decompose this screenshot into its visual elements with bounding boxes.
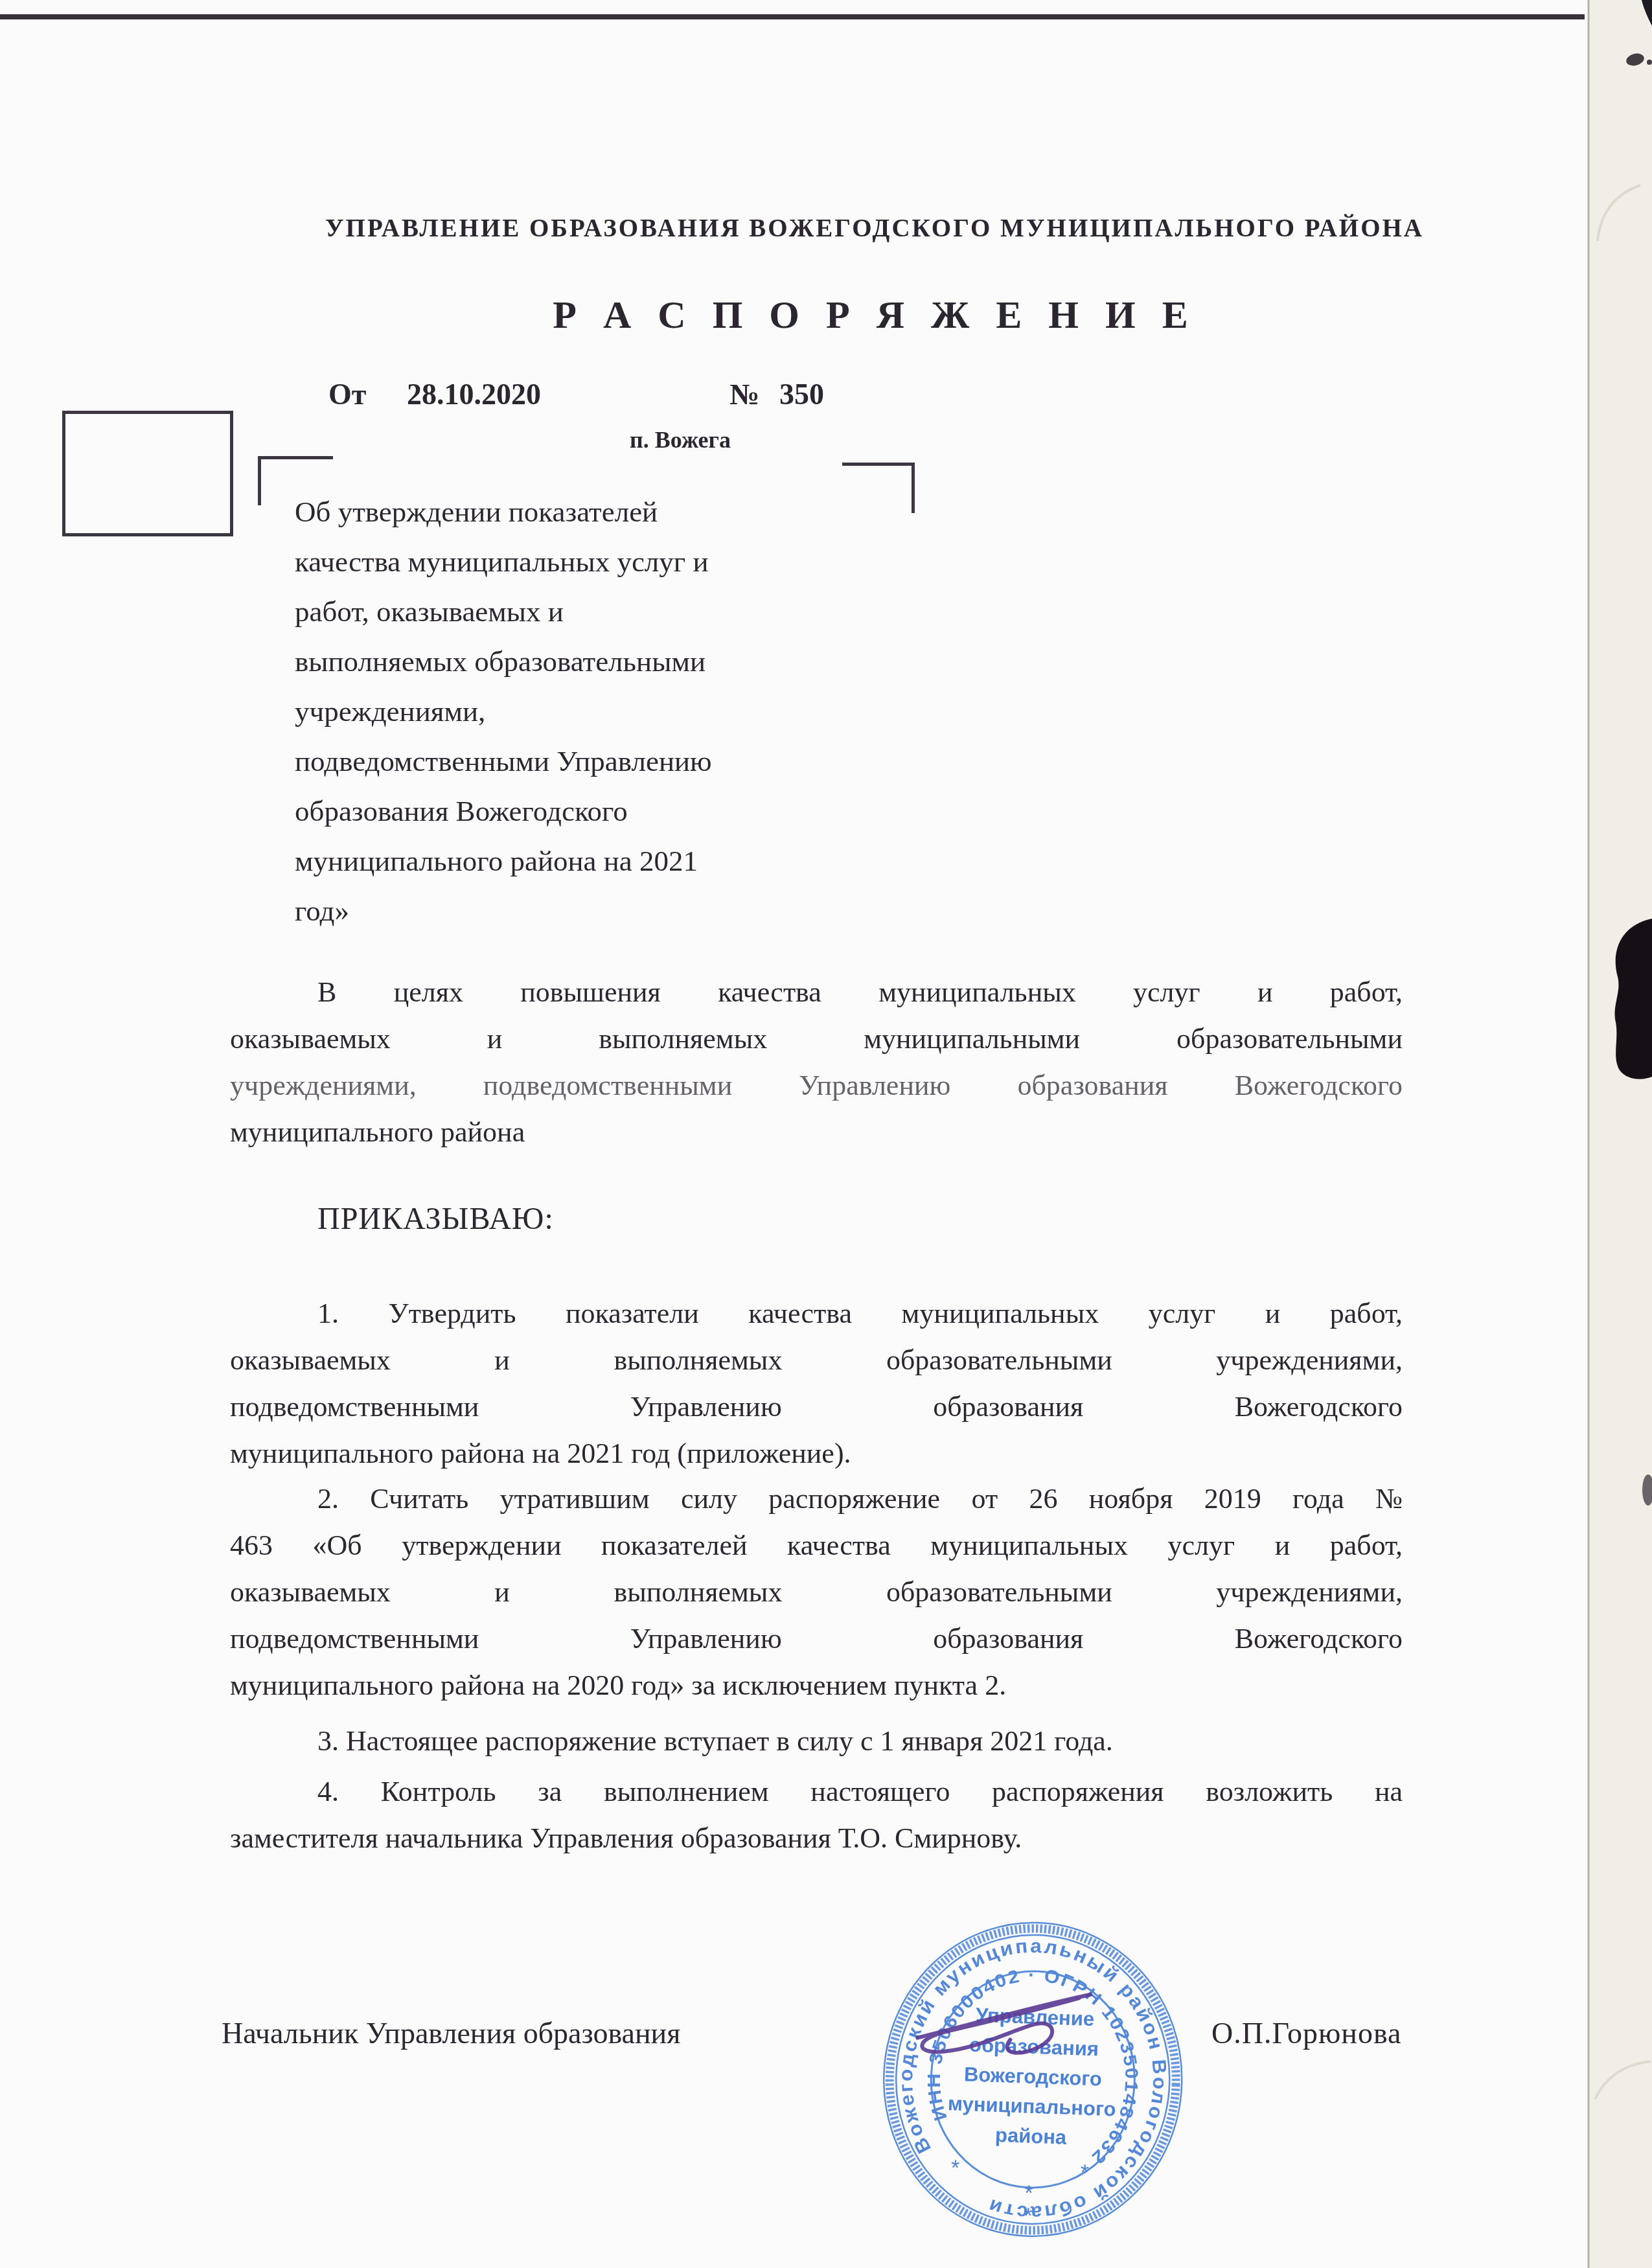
scan-artifact-corner-wedge bbox=[1642, 0, 1652, 26]
scan-artifact-black-blob bbox=[1615, 919, 1652, 1079]
scan-artifact-faint-arc-bottom bbox=[1595, 2061, 1651, 2099]
scan-artifact-edge-mark bbox=[1642, 1474, 1652, 1506]
scan-artifacts-overlay bbox=[0, 0, 1652, 2268]
scan-artifact-speck-small bbox=[1647, 60, 1652, 65]
scan-artifact-speck bbox=[1625, 52, 1646, 67]
scan-artifact-faint-arc-top bbox=[1598, 185, 1640, 241]
scanned-document: УПРАВЛЕНИЕ ОБРАЗОВАНИЯ ВОЖЕГОДСКОГО МУНИ… bbox=[0, 0, 1652, 2268]
